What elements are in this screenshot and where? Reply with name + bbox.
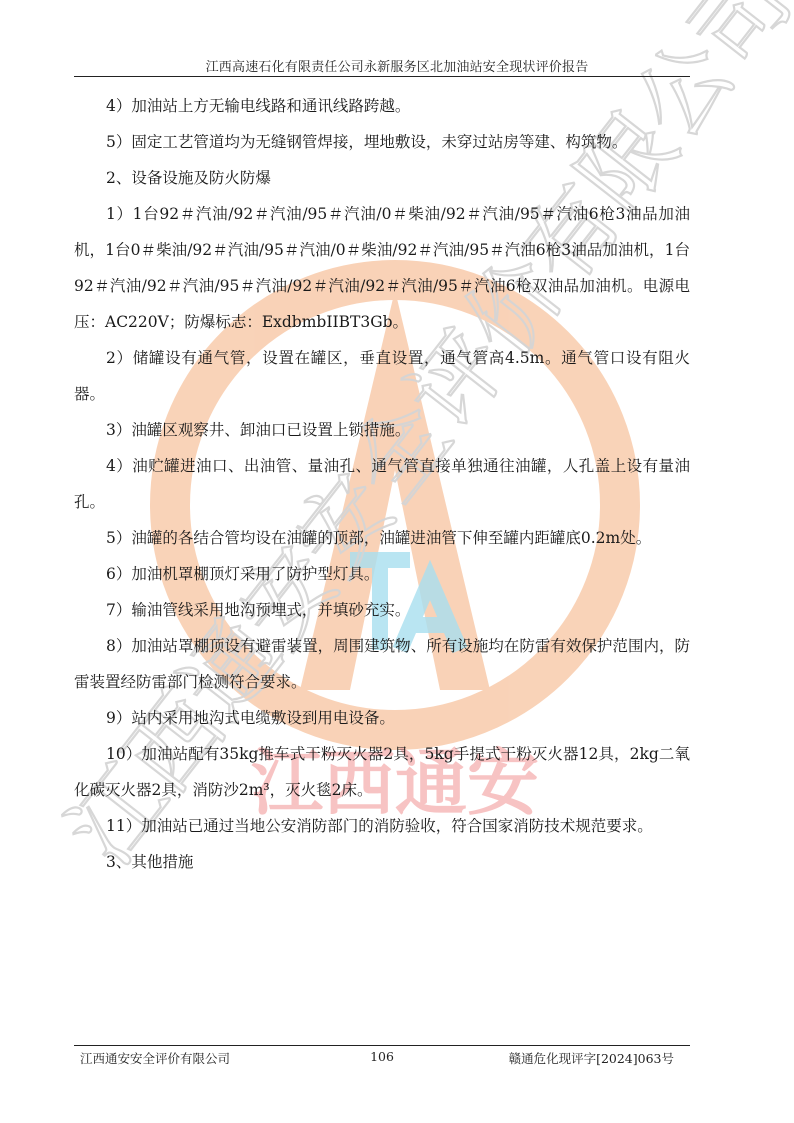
document-body: 4）加油站上方无输电线路和通讯线路跨越。 5）固定工艺管道均为无缝钢管焊接，埋地… bbox=[74, 88, 690, 880]
paragraph: 6）加油机罩棚顶灯采用了防护型灯具。 bbox=[74, 556, 690, 592]
paragraph: 10）加油站配有35kg推车式干粉灭火器2具，5kg手提式干粉灭火器12具，2k… bbox=[74, 736, 690, 808]
paragraph: 9）站内采用地沟式电缆敷设到用电设备。 bbox=[74, 700, 690, 736]
paragraph: 3）油罐区观察井、卸油口已设置上锁措施。 bbox=[74, 412, 690, 448]
footer-divider bbox=[74, 1045, 690, 1046]
section-heading: 2、设备设施及防火防爆 bbox=[74, 160, 690, 196]
header-divider bbox=[74, 76, 690, 77]
paragraph: 11）加油站已通过当地公安消防部门的消防验收，符合国家消防技术规范要求。 bbox=[74, 808, 690, 844]
paragraph: 4）加油站上方无输电线路和通讯线路跨越。 bbox=[74, 88, 690, 124]
paragraph: 1）1台92＃汽油/92＃汽油/95＃汽油/0＃柴油/92＃汽油/95＃汽油6枪… bbox=[74, 196, 690, 340]
paragraph: 5）油罐的各结合管均设在油罐的顶部，油罐进油管下伸至罐内距罐底0.2m处。 bbox=[74, 520, 690, 556]
page-header-title: 江西高速石化有限责任公司永新服务区北加油站安全现状评价报告 bbox=[0, 56, 794, 75]
paragraph: 5）固定工艺管道均为无缝钢管焊接，埋地敷设，未穿过站房等建、构筑物。 bbox=[74, 124, 690, 160]
paragraph: 2）储罐设有通气管，设置在罐区，垂直设置，通气管高4.5m。通气管口设有阻火器。 bbox=[74, 340, 690, 412]
section-heading: 3、其他措施 bbox=[74, 844, 690, 880]
footer-doc-number: 赣通危化现评字[2024]063号 bbox=[509, 1049, 674, 1067]
paragraph: 8）加油站罩棚顶设有避雷装置，周围建筑物、所有设施均在防雷有效保护范围内，防雷装… bbox=[74, 628, 690, 700]
paragraph: 4）油贮罐进油口、出油管、量油孔、通气管直接单独通往油罐，人孔盖上设有量油孔。 bbox=[74, 448, 690, 520]
paragraph: 7）输油管线采用地沟预埋式，并填砂充实。 bbox=[74, 592, 690, 628]
